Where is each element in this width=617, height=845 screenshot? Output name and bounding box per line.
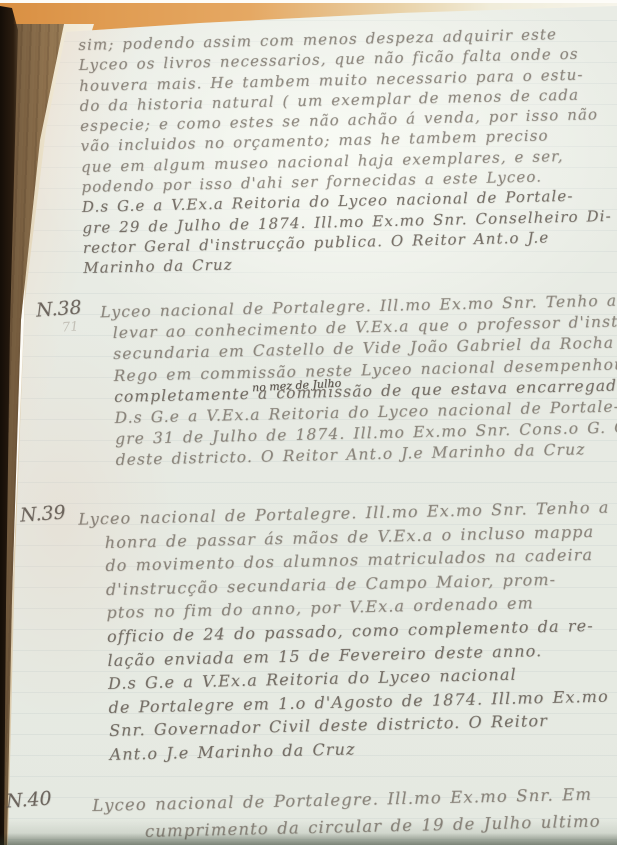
entry-number-38: N.38: [35, 296, 82, 321]
paragraph-entry-38: Lyceo nacional de Portalegre. Ill.mo Ex.…: [112, 289, 617, 472]
paragraph-continuation: sim; podendo assim com menos despeza adq…: [78, 23, 613, 279]
entry-number-39: N.39: [19, 501, 66, 526]
marginal-note-71: 71: [61, 319, 79, 335]
paragraph-entry-39: Lyceo nacional de Portalegre. Ill.mo Ex.…: [104, 496, 615, 767]
entry-number-40: N.40: [5, 787, 52, 812]
manuscript-photo: sim; podendo assim com menos despeza adq…: [0, 0, 617, 845]
photo-bottom-shadow: [0, 833, 617, 845]
